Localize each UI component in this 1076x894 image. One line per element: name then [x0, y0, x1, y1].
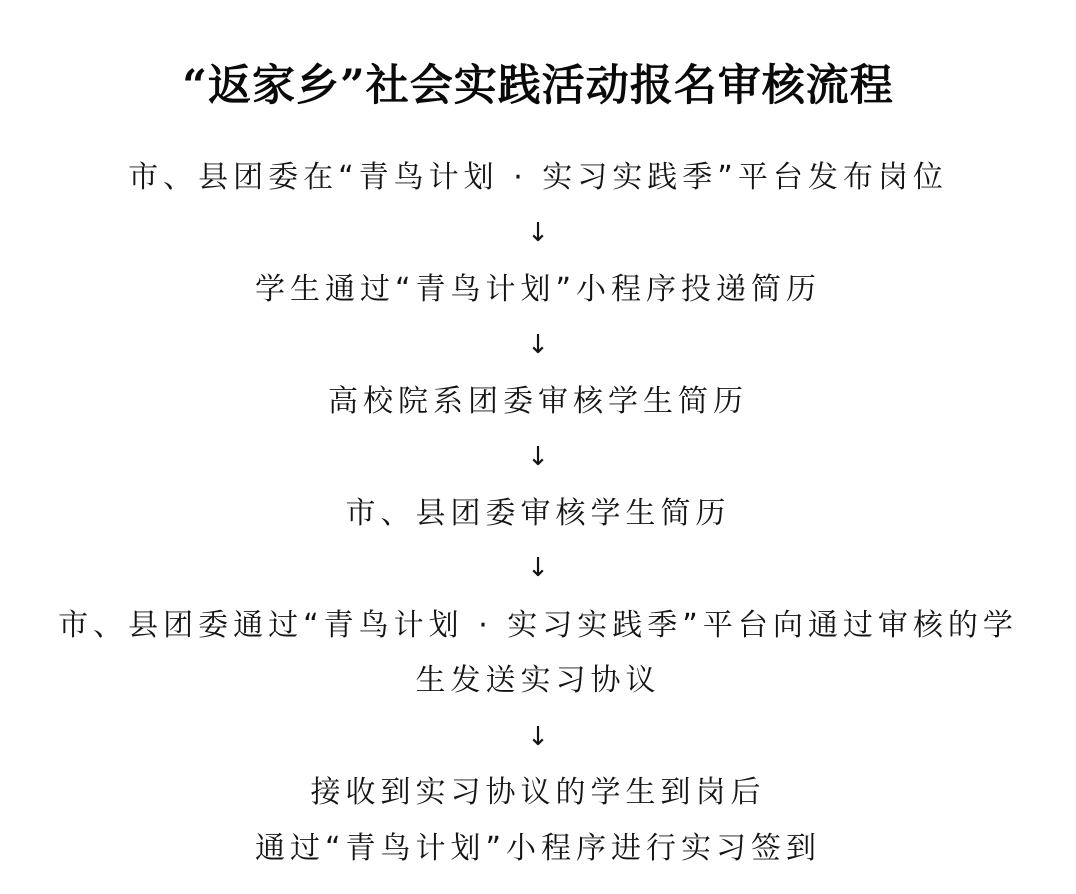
down-arrow-icon: ↓: [0, 218, 1076, 248]
down-arrow-icon: ↓: [0, 553, 1076, 583]
down-arrow-icon: ↓: [0, 330, 1076, 360]
step-5-text-line-2: 生发送实习协议: [0, 661, 1076, 701]
page-title: “返家乡”社会实践活动报名审核流程: [0, 58, 1076, 114]
step-3-text: 高校院系团委审核学生简历: [0, 382, 1076, 422]
down-arrow-icon: ↓: [0, 442, 1076, 472]
step-2-text: 学生通过“青鸟计划”小程序投递简历: [0, 270, 1076, 310]
step-6-text-line-1: 接收到实习协议的学生到岗后: [0, 773, 1076, 813]
step-1-text: 市、县团委在“青鸟计划 · 实习实践季”平台发布岗位: [0, 158, 1076, 198]
step-5-text-line-1: 市、县团委通过“青鸟计划 · 实习实践季”平台向通过审核的学: [0, 606, 1076, 646]
step-4-text: 市、县团委审核学生简历: [0, 494, 1076, 534]
down-arrow-icon: ↓: [0, 722, 1076, 752]
step-6-text-line-2: 通过“青鸟计划”小程序进行实习签到: [0, 829, 1076, 869]
